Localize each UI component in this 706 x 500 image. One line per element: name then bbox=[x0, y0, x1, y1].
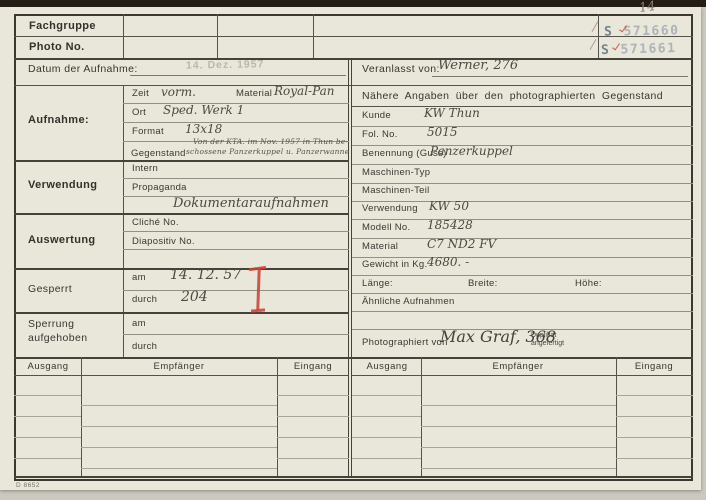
sperrung-durch-label: durch bbox=[132, 341, 157, 352]
format-value: 13x18 bbox=[185, 122, 222, 136]
rule bbox=[130, 75, 346, 76]
rule bbox=[277, 416, 349, 417]
gegenstand-value-line2: schossene Panzerkuppel u. Panzerwanne bbox=[186, 147, 349, 156]
rule bbox=[123, 85, 124, 357]
rule bbox=[616, 458, 693, 459]
left-table-empfaenger-header: Empfänger bbox=[154, 361, 205, 372]
rule bbox=[352, 238, 693, 239]
rule bbox=[352, 126, 693, 127]
rule bbox=[123, 178, 349, 179]
sperrung-am-label: am bbox=[132, 318, 146, 329]
verwendung-detail-label: Verwendung bbox=[362, 203, 418, 214]
scanned-photo-index-card: Fachgruppe Photo No. S 571660 S 571661 1… bbox=[0, 0, 706, 500]
left-table-eingang-header: Eingang bbox=[294, 361, 332, 372]
cliche-label: Cliché No. bbox=[132, 217, 179, 228]
right-table-eingang-header: Eingang bbox=[635, 361, 673, 372]
photographiert-label: Photographiert von bbox=[362, 337, 448, 348]
left-table-ausgang-header: Ausgang bbox=[27, 361, 68, 372]
rule bbox=[616, 416, 693, 417]
ort-value: Sped. Werk 1 bbox=[163, 103, 244, 117]
rule bbox=[352, 106, 693, 107]
material-detail-value: C7 ND2 FV bbox=[427, 237, 496, 251]
rule bbox=[352, 311, 693, 312]
rule bbox=[432, 76, 688, 77]
rule bbox=[14, 213, 349, 215]
aufnahme-section-label: Aufnahme: bbox=[28, 114, 89, 126]
gesperrt-durch-label: durch bbox=[132, 294, 157, 305]
date-stamp: 14. Dez. 1957 bbox=[186, 58, 265, 71]
material-label: Material bbox=[236, 88, 272, 99]
modell-no-label: Modell No. bbox=[362, 222, 410, 233]
stamp-prefix: S bbox=[601, 43, 611, 58]
zeit-value: vorm. bbox=[161, 85, 196, 99]
rule bbox=[14, 357, 693, 359]
rule bbox=[352, 395, 421, 396]
maschinen-typ-label: Maschinen-Typ bbox=[362, 167, 430, 178]
rule bbox=[277, 395, 349, 396]
gesperrt-am-value: 14. 12. 57 bbox=[170, 267, 241, 283]
rule bbox=[14, 416, 81, 417]
rule bbox=[277, 458, 349, 459]
duplikat-note-line1: Duplikat bbox=[531, 332, 556, 340]
rule bbox=[123, 249, 349, 250]
rule bbox=[14, 85, 693, 86]
details-title: Nähere Angaben über den photographierten… bbox=[362, 90, 663, 102]
rule bbox=[277, 437, 349, 438]
zeit-label: Zeit bbox=[132, 88, 149, 99]
rule bbox=[81, 447, 277, 448]
intern-label: Intern bbox=[132, 163, 158, 174]
rule bbox=[421, 468, 616, 469]
rule bbox=[421, 426, 616, 427]
gesperrt-durch-value: 204 bbox=[181, 289, 208, 305]
breite-label: Breite: bbox=[468, 278, 498, 289]
rule bbox=[616, 437, 693, 438]
rule bbox=[123, 231, 349, 232]
rule bbox=[217, 14, 218, 58]
rule bbox=[14, 437, 81, 438]
modell-no-value: 185428 bbox=[427, 218, 473, 232]
datum-label: Datum der Aufnahme: bbox=[28, 63, 138, 75]
stamp-prefix: S bbox=[604, 24, 614, 39]
rule bbox=[352, 275, 693, 276]
rule bbox=[352, 164, 693, 165]
rule bbox=[352, 458, 421, 459]
gesperrt-section-label: Gesperrt bbox=[28, 283, 72, 295]
propaganda-label: Propaganda bbox=[132, 182, 187, 193]
fol-no-label: Fol. No. bbox=[362, 129, 398, 140]
veranlasst-label: Veranlasst von: bbox=[362, 63, 440, 75]
right-table-empfaenger-header: Empfänger bbox=[493, 361, 544, 372]
rule bbox=[352, 201, 693, 202]
rule bbox=[81, 426, 277, 427]
rule bbox=[14, 458, 81, 459]
rule bbox=[14, 375, 349, 376]
laenge-label: Länge: bbox=[362, 278, 393, 289]
maschinen-teil-label: Maschinen-Teil bbox=[362, 185, 430, 196]
right-table-ausgang-header: Ausgang bbox=[366, 361, 407, 372]
rule bbox=[352, 416, 421, 417]
rule bbox=[81, 468, 277, 469]
ort-label: Ort bbox=[132, 107, 146, 118]
corner-pencil-note: 14 bbox=[638, 0, 656, 16]
auswertung-section-label: Auswertung bbox=[28, 234, 96, 246]
rule bbox=[14, 160, 349, 162]
gewicht-label: Gewicht in Kg. bbox=[362, 259, 427, 270]
material-value: Royal-Pan bbox=[274, 84, 335, 98]
verwendung-value: Dokumentaraufnahmen bbox=[173, 196, 329, 211]
gesperrt-am-label: am bbox=[132, 272, 146, 283]
rule bbox=[81, 405, 277, 406]
rule bbox=[352, 257, 693, 258]
rule bbox=[352, 183, 693, 184]
gegenstand-label: Gegenstand bbox=[131, 148, 186, 159]
veranlasst-value: Werner, 276 bbox=[438, 58, 518, 73]
rule bbox=[421, 405, 616, 406]
photo-no-label: Photo No. bbox=[29, 41, 85, 53]
rule bbox=[313, 14, 314, 58]
scan-edge-strip bbox=[0, 0, 706, 7]
gegenstand-value-line1: Von der KTA. im Nov. 1957 in Thun be- bbox=[193, 137, 348, 146]
sperrung-label-line2: aufgehoben bbox=[28, 332, 87, 344]
rule bbox=[352, 437, 421, 438]
material-detail-label: Material bbox=[362, 241, 398, 252]
red-verification-mark bbox=[246, 266, 270, 314]
sperrung-label-line1: Sperrung bbox=[28, 318, 74, 330]
rule bbox=[352, 219, 693, 220]
duplikat-note-line2: angefertigt bbox=[531, 340, 564, 348]
format-label: Format bbox=[132, 126, 164, 137]
verwendung-detail-value: KW 50 bbox=[429, 199, 469, 213]
rule bbox=[421, 447, 616, 448]
kunde-value: KW Thun bbox=[424, 106, 480, 120]
fol-no-value: 5015 bbox=[427, 125, 458, 139]
rule bbox=[616, 395, 693, 396]
fachgruppe-label: Fachgruppe bbox=[29, 20, 96, 32]
rule bbox=[352, 293, 693, 294]
diapositiv-label: Diapositiv No. bbox=[132, 236, 195, 247]
aehnliche-aufnahmen-label: Ähnliche Aufnahmen bbox=[362, 296, 455, 307]
rule bbox=[123, 122, 349, 123]
rule bbox=[352, 375, 693, 376]
hoehe-label: Höhe: bbox=[575, 278, 602, 289]
rule bbox=[14, 476, 693, 478]
rule bbox=[123, 14, 124, 58]
form-code: D 8652 bbox=[16, 482, 40, 489]
stamp-number: 571661 bbox=[620, 41, 676, 57]
kunde-label: Kunde bbox=[362, 110, 391, 121]
rule bbox=[352, 145, 693, 146]
rule bbox=[14, 395, 81, 396]
rule bbox=[14, 58, 693, 60]
rule bbox=[123, 290, 349, 291]
gewicht-value: 4680. - bbox=[427, 255, 469, 269]
verwendung-section-label: Verwendung bbox=[28, 179, 97, 191]
benennung-value: Panzerkuppel bbox=[430, 144, 513, 158]
rule bbox=[123, 334, 349, 335]
rule bbox=[14, 312, 349, 314]
rule bbox=[14, 36, 693, 37]
